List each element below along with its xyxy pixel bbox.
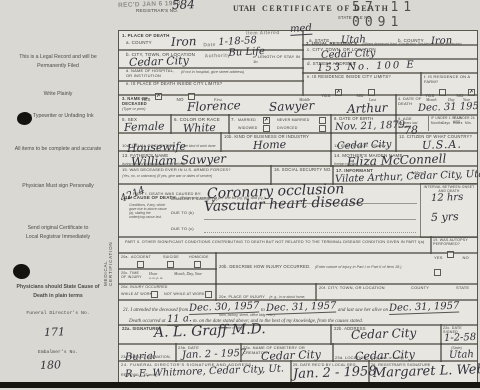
attended-text: 21. I attended the deceased from (123, 308, 188, 313)
conditions-note: Conditions, if any, which gave rise to a… (129, 204, 167, 220)
field-interval-onset-death: INTERVAL BETWEEN ONSET AND DEATH 12 hrs … (420, 183, 478, 238)
due-to-c-label: DUE TO (c) (171, 227, 194, 232)
embalmer-no-value: 180 (40, 358, 61, 372)
suicide-label: SUICIDE (163, 255, 179, 259)
altered-authority-label: Authority (205, 53, 231, 59)
margin-write-plainly-note: Write Plainly (14, 90, 102, 99)
item-altered-value: med (290, 23, 312, 36)
never-married-label: NEVER MARRIED (277, 118, 310, 122)
name-note: (Type or print) (122, 107, 146, 111)
funeral-director-no-label: Funeral Director's No. (18, 310, 98, 318)
ssn-label: 16. SOCIAL SECURITY NO. (274, 168, 332, 173)
margin-legal-record-note: This is a Legal Record and will be Perma… (14, 53, 102, 70)
while-at-work-label: WHILE AT WORK (121, 292, 152, 296)
field-residence-farm: f. IS RESIDENCE ON A FARM? YES NO ✗ (420, 72, 478, 96)
name-label: 3. NAME OF DECEASED (122, 97, 174, 107)
field-occupation: 10a. USUAL OCCUPATION (Give kind of work… (118, 132, 222, 152)
field-date-signed: 22c. DATE SIGNED 1-2-58 (440, 324, 478, 345)
funeral-director-no-value: 171 (44, 325, 65, 339)
days-label: Days (442, 122, 450, 126)
describe-injury-label: 20b. DESCRIBE HOW INJURY OCCURRED. (219, 264, 311, 269)
field-physician-signature: 22a. SIGNATURE A. L. Graff M.D. (Degree … (118, 324, 332, 345)
field-date-of-death: 4. DATE OF DEATH Month Day Year Dec. 31 … (395, 94, 478, 116)
date-received-value: Jan. 2 - 1958 (293, 364, 377, 382)
field-armed-forces: 15. WAS DECEASED EVER IN U.S. ARMED FORC… (118, 165, 272, 185)
state-file-label: STATE FILE NO. (338, 16, 372, 21)
blank-line (204, 218, 416, 220)
hours-label: Hours (453, 122, 463, 126)
min-label: Min. (465, 122, 472, 126)
field-attended-statement: 21. I attended the deceased from Dec. 30… (118, 299, 478, 326)
attended-from-value: Dec. 30, 1957 (189, 301, 260, 315)
pod-county-label: a. COUNTY (126, 40, 152, 45)
field-birthplace: 11. BIRTHPLACE (State or foreign country… (330, 132, 397, 152)
hole-punch-top (16, 111, 33, 126)
blank-line (204, 231, 416, 233)
hospital-note: (If not in hospital, give street address… (181, 70, 244, 74)
field-registrar-signature: 26. REGISTRAR'S SIGNATURE Margaret L. We… (368, 360, 478, 383)
field-describe-injury: 20b. DESCRIBE HOW INJURY OCCURRED. (Ente… (215, 252, 478, 285)
due-to-b-label: DUE TO (b) (171, 211, 194, 216)
divorced-checkbox (319, 125, 326, 132)
ampm-header: a. m. p. m. (149, 276, 163, 280)
never-married-checkbox (319, 117, 326, 124)
item-20a-number: 20a. (121, 255, 129, 259)
margin-complete-note: All items to be complete and accurate (14, 145, 102, 154)
accident-checkbox (137, 261, 144, 268)
mdy-header: Month, Day, Year (174, 271, 202, 276)
pod-county-value: Iron (171, 34, 197, 49)
pod-limits-label: e. IS PLACE OF DEATH INSIDE CITY LIMITS? (126, 82, 222, 87)
first-name-value: Florence (187, 98, 241, 114)
scan-bottom-edge (0, 382, 480, 388)
altered-date-label: Date (203, 42, 216, 48)
armed-forces-note: (Yes, no, or unknown) (If yes, give war … (122, 174, 212, 178)
injury-state-label: STATE (456, 286, 469, 291)
last-saw-text: and last saw her alive on (338, 308, 388, 313)
dod-value: Dec. 31 1957 (418, 101, 480, 114)
to-word: to (261, 308, 265, 313)
item-altered-stamp: Item Altered med Date 1-18-58 Authority … (200, 23, 360, 26)
autopsy-label: 19. WAS AUTOPSY PERFORMED? (433, 238, 475, 246)
residence-county-label: b. COUNTY (398, 38, 424, 43)
homicide-label: HOMICIDE (189, 255, 209, 259)
divorced-label: DIVORCED (277, 126, 298, 130)
armed-forces-label: 15. WAS DECEASED EVER IN U.S. ARMED FORC… (122, 168, 231, 173)
field-physician-address: 22b. ADDRESS Cedar City (330, 324, 442, 345)
injury-city-label: 20f. CITY, TOWN, OR LOCATION (319, 286, 385, 291)
time-of-injury-label: 20c. TIME OF INJURY (121, 271, 145, 279)
death-certificate-scan: REC'D JAN 6 1958 REGISTRAR'S NO. 584 UTA… (0, 0, 480, 390)
embalmer-no-label: Embalmer's No. (18, 349, 98, 357)
field-industry: 10b. KIND OF BUSINESS OR INDUSTRY Home (220, 132, 332, 152)
dod-month-header: Month (426, 97, 436, 102)
married-checkbox: ✗ (263, 117, 270, 124)
describe-injury-note: (Enter nature of injury in Part I or Par… (315, 265, 402, 269)
x-mark: ✗ (264, 117, 269, 123)
signature-degree-note: (Degree or title) (219, 327, 243, 331)
suicide-checkbox (167, 261, 174, 268)
months-label: Months (431, 122, 443, 126)
hospital-label: d. NAME OF HOSPITAL, OR INSTITUTION (126, 69, 176, 78)
field-age: 9. AGE (In years last birthday) 78 IF UN… (395, 114, 478, 134)
accident-label: ACCIDENT (131, 255, 151, 259)
registrar-no-value: 584 (172, 0, 195, 12)
hole-punch-bottom (12, 263, 30, 280)
married-label: MARRIED (238, 118, 256, 122)
state-name: UTAH (233, 4, 256, 13)
part2-label: PART II. OTHER SIGNIFICANT CONDITIONS CO… (125, 240, 425, 244)
medical-certification-vertical-label: MEDICAL CERTIFICATION (103, 226, 113, 286)
not-while-at-work-checkbox (205, 291, 212, 298)
margin-physician-sign-note: Physician Must sign Personally (14, 182, 102, 191)
field-residence-city-limits: e. IS RESIDENCE INSIDE CITY LIMITS? YES … (302, 72, 422, 96)
interval-b-value: 5 yrs (431, 210, 459, 224)
homicide-checkbox (194, 261, 201, 268)
physician-address-value: Cedar City (351, 326, 417, 342)
signature-value: A. L. Graff M.D. (154, 321, 266, 341)
farm-label: f. IS RESIDENCE ON A FARM? (424, 75, 477, 84)
field-funeral-director: 24. FUNERAL DIRECTOR'S SIGNATURE AND ADD… (118, 360, 292, 383)
field-race: 6. COLOR OR RACE White (170, 114, 230, 134)
injury-occurred-label: 20d. INJURY OCCURRED (121, 285, 168, 289)
while-at-work-checkbox (151, 291, 158, 298)
widowed-checkbox (263, 125, 270, 132)
age-sub-table: IF UNDER 1 YEAR Months Days IF UNDER 24 … (428, 116, 477, 131)
field-name-of-deceased: 3. NAME OF DECEASED (Type or print) Firs… (118, 94, 397, 116)
marital-number: 7. (231, 117, 235, 122)
field-sex: 5. SEX Female (118, 114, 172, 134)
field-informant: 17. INFORMANT Address Vilate Arthur, Ced… (332, 165, 478, 185)
interval-a-value: 12 hrs (431, 192, 464, 204)
altered-authority-value: Bu Life (228, 46, 265, 59)
attended-to-value: Dec. 31, 1957 (266, 301, 337, 315)
burial-date-value: Jan. 2 - 1957 (182, 348, 247, 361)
not-while-at-work-label: NOT WHILE AT WORK (164, 292, 205, 296)
margin-send-original-note: Send original Certificate to Local Regis… (24, 224, 92, 241)
last-saw-date-value: Dec. 31, 1957 (389, 301, 460, 315)
residence-limits-label: e. IS RESIDENCE INSIDE CITY LIMITS? (307, 75, 391, 80)
place-of-death-label: 1. PLACE OF DEATH (122, 33, 170, 38)
injury-county-label: COUNTY (411, 286, 429, 291)
field-marital-status: 7. MARRIED ✗ NEVER MARRIED WIDOWED DIVOR… (228, 114, 332, 134)
field-date-of-birth: 8. DATE OF BIRTH Nov. 21, 1879 (330, 114, 397, 134)
margin-plain-terms-note: Physicians should State Cause of Death i… (14, 283, 102, 300)
middle-name-value: Sawyer (269, 98, 315, 114)
field-citizenship: 12. CITIZEN OF WHAT COUNTRY? U.S.A. (395, 132, 478, 152)
widowed-label: WIDOWED (238, 126, 258, 130)
residence-state-label: a. STATE (309, 38, 329, 43)
field-date-received: 25. DATE REC'D BY LOCAL REG. Jan. 2 - 19… (290, 360, 370, 383)
